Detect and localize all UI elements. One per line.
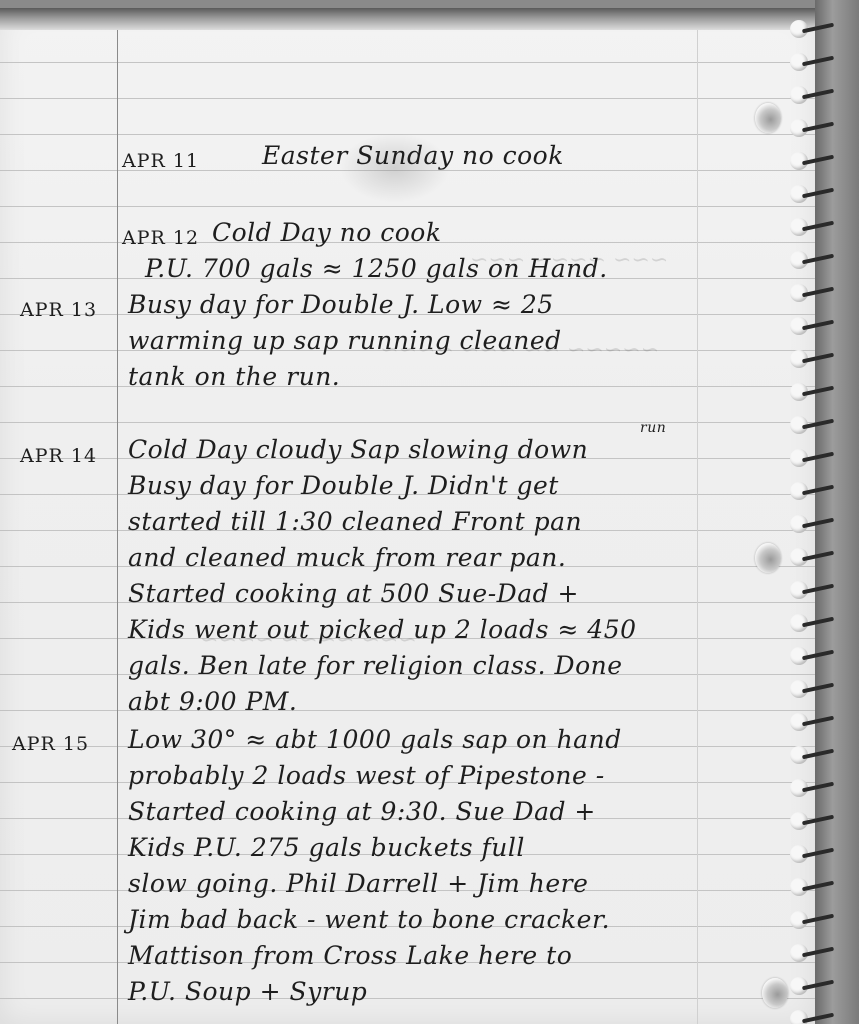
entry-line: Cold Day no cook <box>212 215 442 251</box>
entry-line: Started cooking at 500 Sue-Dad + <box>128 576 579 612</box>
entry-line: slow going. Phil Darrell + Jim here <box>128 866 588 902</box>
spiral-ring <box>790 350 836 368</box>
entry-line: warming up sap running cleaned <box>128 323 562 359</box>
entry-line: Kids P.U. 275 gals buckets full <box>128 830 525 866</box>
margin-line <box>117 30 118 1024</box>
spiral-ring <box>790 20 836 38</box>
spiral-ring <box>790 53 836 71</box>
entry-line: Kids went out picked up 2 loads ≈ 450 <box>128 612 637 648</box>
entry-line: gals. Ben late for religion class. Done <box>128 648 623 684</box>
entry-line: abt 9:00 PM. <box>128 684 297 720</box>
spiral-binding <box>780 20 859 1024</box>
entry-date: APR 13 <box>20 292 97 328</box>
spiral-ring <box>790 713 836 731</box>
spiral-ring <box>790 284 836 302</box>
spiral-ring <box>790 911 836 929</box>
spiral-ring <box>790 647 836 665</box>
spiral-ring <box>790 86 836 104</box>
punch-hole <box>755 543 781 573</box>
entry-line: and cleaned muck from rear pan. <box>128 540 566 576</box>
entry-date: APR 15 <box>12 726 89 762</box>
spiral-ring <box>790 449 836 467</box>
entry-line: tank on the run. <box>128 359 340 395</box>
spiral-ring <box>790 383 836 401</box>
insertion-note: run <box>640 410 666 446</box>
entry-line: probably 2 loads west of Pipestone - <box>128 758 605 794</box>
entry-line: Low 30° ≈ abt 1000 gals sap on hand <box>128 722 622 758</box>
spiral-ring <box>790 218 836 236</box>
spiral-ring <box>790 581 836 599</box>
entry-date: APR 14 <box>20 438 97 474</box>
spiral-ring <box>790 251 836 269</box>
spiral-ring <box>790 515 836 533</box>
entry-line: P.U. 700 gals ≈ 1250 gals on Hand. <box>145 251 608 287</box>
spiral-ring <box>790 977 836 995</box>
spiral-ring <box>790 119 836 137</box>
punch-hole <box>755 103 781 133</box>
spiral-ring <box>790 548 836 566</box>
spiral-ring <box>790 416 836 434</box>
spiral-ring <box>790 812 836 830</box>
spiral-ring <box>790 878 836 896</box>
spiral-ring <box>790 779 836 797</box>
entry-line: Mattison from Cross Lake here to <box>128 938 572 974</box>
entry-line: Easter Sunday no cook <box>262 138 564 174</box>
entry-line: Busy day for Double J. Low ≈ 25 <box>128 287 554 323</box>
right-rule-line <box>697 30 698 1024</box>
spiral-ring <box>790 1010 836 1024</box>
spiral-ring <box>790 152 836 170</box>
spiral-ring <box>790 746 836 764</box>
spiral-ring <box>790 944 836 962</box>
spiral-ring <box>790 680 836 698</box>
entry-date: APR 11 <box>122 143 199 179</box>
entry-line: Jim bad back - went to bone cracker. <box>128 902 610 938</box>
entry-line: started till 1:30 cleaned Front pan <box>128 504 582 540</box>
entry-line: Started cooking at 9:30. Sue Dad + <box>128 794 596 830</box>
entry-line: P.U. Soup + Syrup <box>128 974 367 1010</box>
entry-line: Cold Day cloudy Sap slowing down <box>128 432 588 468</box>
spiral-ring <box>790 317 836 335</box>
entry-line: Busy day for Double J. Didn't get <box>128 468 559 504</box>
spiral-ring <box>790 185 836 203</box>
spiral-ring <box>790 845 836 863</box>
page-top-edge <box>0 8 815 30</box>
spiral-ring <box>790 614 836 632</box>
spiral-ring <box>790 482 836 500</box>
